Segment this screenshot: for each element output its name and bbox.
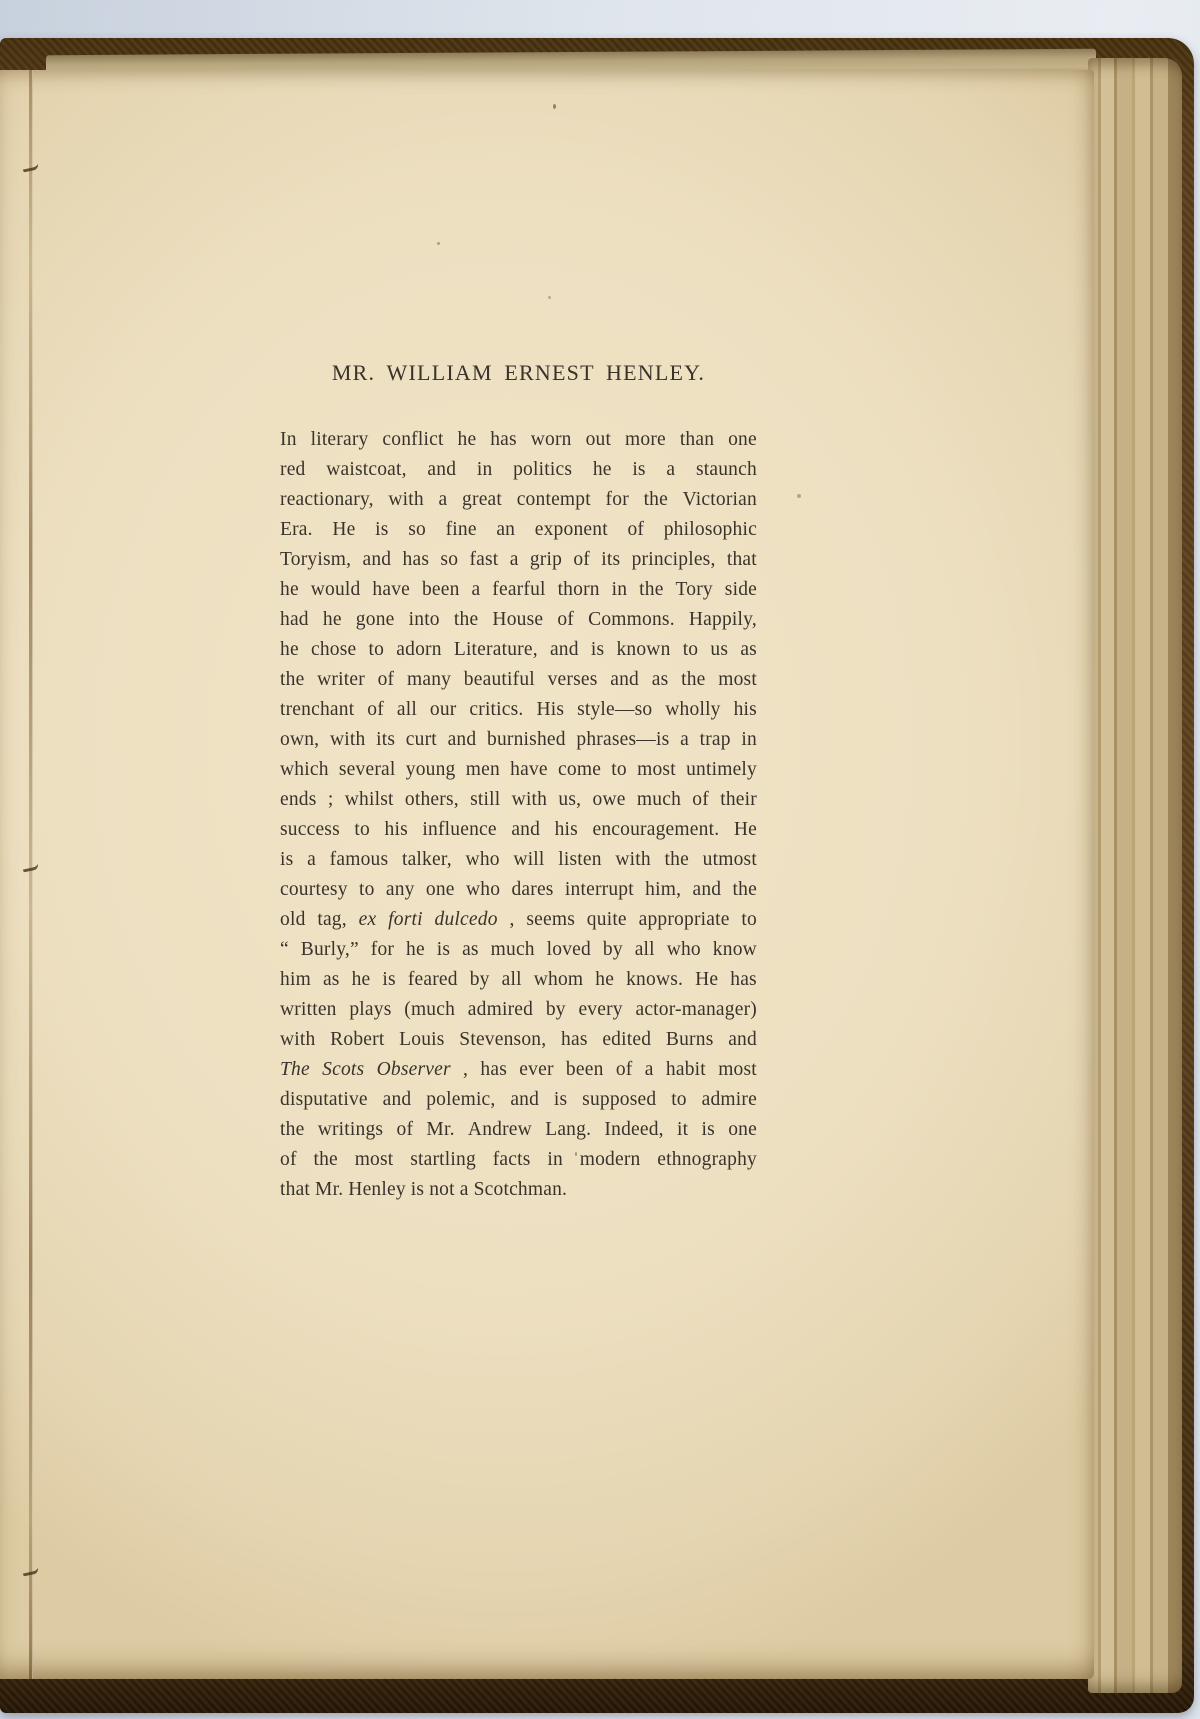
- paragraph-line: whichseveralyoungmenhavecometomostuntime…: [280, 759, 757, 789]
- paragraph-line: withRobertLouisStevenson,haseditedBurnsa…: [280, 1029, 757, 1059]
- paragraph-line: ofthemoststartlingfactsinmodernethnograp…: [280, 1149, 757, 1179]
- binding-stitch: [21, 1560, 39, 1576]
- scan-speck: [553, 104, 556, 109]
- paragraph-line: reactionary,withagreatcontemptfortheVict…: [280, 489, 757, 519]
- paragraph-line: isafamoustalker,whowilllistenwiththeutmo…: [280, 849, 757, 879]
- paragraph-line: successtohisinfluenceandhisencouragement…: [280, 819, 757, 849]
- paragraph-line: own,withitscurtandburnishedphrases—isatr…: [280, 729, 757, 759]
- binding-stitch: [21, 156, 39, 172]
- paragraph-line: thewriterofmanybeautifulversesandasthemo…: [280, 669, 757, 699]
- paragraph-line: redwaistcoat,andinpoliticsheisastaunch: [280, 459, 757, 489]
- paragraph-line: hechosetoadornLiterature,andisknowntousa…: [280, 639, 757, 669]
- paragraph-line: disputativeandpolemic,andissupposedtoadm…: [280, 1089, 757, 1119]
- paragraph-line: courtesytoanyonewhodaresinterrupthim,and…: [280, 879, 757, 909]
- gutter-shading: [0, 70, 70, 1679]
- paragraph-line: himasheisfearedbyallwhomheknows.Hehas: [280, 969, 757, 999]
- paragraph-line: Era.Heissofineanexponentofphilosophic: [280, 519, 757, 549]
- body-paragraph: Inliteraryconflicthehaswornoutmorethanon…: [280, 429, 757, 1209]
- scan-speck: [437, 242, 440, 245]
- paragraph-line: trenchantofallourcritics.Hisstyle—sowhol…: [280, 699, 757, 729]
- paragraph-line: hewouldhavebeenafearfulthornintheTorysid…: [280, 579, 757, 609]
- paragraph-line: TheScotsObserver,haseverbeenofahabitmost: [280, 1059, 757, 1089]
- paragraph-line: thatMr.HenleyisnotaScotchman.: [280, 1179, 757, 1209]
- scan-speck: [797, 494, 801, 498]
- page-title: MR. WILLIAM ERNEST HENLEY.: [280, 360, 757, 386]
- paragraph-line: Toryism,andhassofastagripofitsprinciples…: [280, 549, 757, 579]
- gutter-crease: [29, 70, 33, 1679]
- paragraph-line: thewritingsofMr.AndrewLang.Indeed,itison…: [280, 1119, 757, 1149]
- scan-speck: [548, 296, 551, 299]
- page-edges-right: [1088, 58, 1182, 1693]
- paragraph-line: “Burly,”forheisasmuchlovedbyallwhoknow: [280, 939, 757, 969]
- paragraph-line: oldtag,exfortidulcedo,seemsquiteappropri…: [280, 909, 757, 939]
- paragraph-line: hadhegoneintotheHouseofCommons.Happily,: [280, 609, 757, 639]
- paragraph-line: Inliteraryconflicthehaswornoutmorethanon…: [280, 429, 757, 459]
- binding-stitch: [21, 856, 39, 872]
- paragraph-line: ends;whilstothers,stillwithus,owemuchoft…: [280, 789, 757, 819]
- paragraph-line: writtenplays(muchadmiredbyeveryactor-man…: [280, 999, 757, 1029]
